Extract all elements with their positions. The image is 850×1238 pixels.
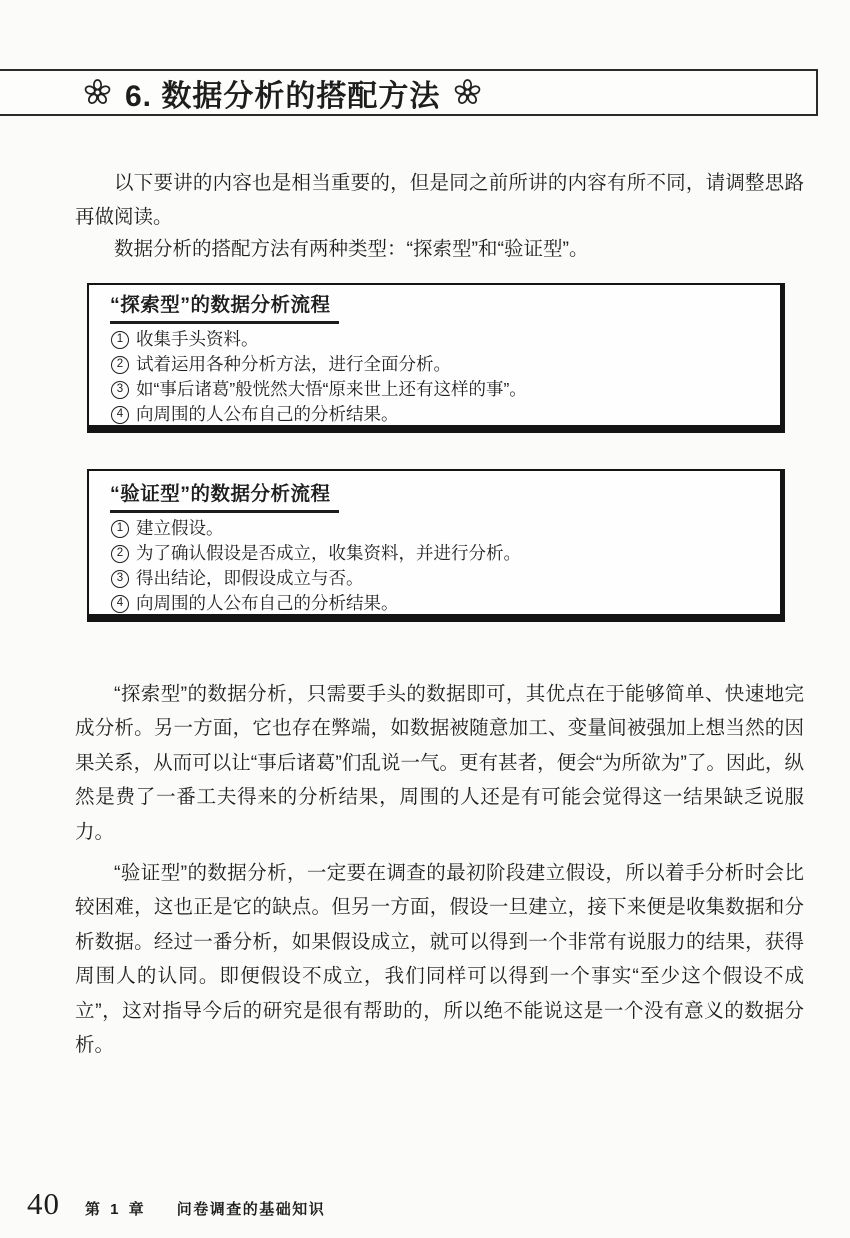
list-item-text: 得出结论，即假设成立与否。 <box>136 566 364 591</box>
list-item-text: 收集手头资料。 <box>136 327 259 352</box>
circled-number-icon: 2 <box>111 356 129 374</box>
list-item: 3 如“事后诸葛”般恍然大悟“原来世上还有这样的事”。 <box>110 377 760 402</box>
chapter-label: 第 1 章 <box>85 1198 147 1219</box>
circled-number-icon: 3 <box>111 570 129 588</box>
circled-number-icon: 4 <box>111 406 129 424</box>
list-item: 1 收集手头资料。 <box>110 327 760 352</box>
page-number: 40 <box>27 1188 60 1219</box>
circled-number-icon: 1 <box>111 331 129 349</box>
box-item-list: 1 建立假设。 2 为了确认假设是否成立，收集资料，并进行分析。 3 得出结论，… <box>110 516 760 616</box>
circled-number-icon: 1 <box>111 520 129 538</box>
book-page: 6. 数据分析的搭配方法 以下要讲的内容也是相当重要的，但是同之前所讲的内容有所… <box>0 0 850 1238</box>
section-heading-band: 6. 数据分析的搭配方法 <box>0 69 818 116</box>
list-item-text: 建立假设。 <box>136 516 224 541</box>
section-title: 6. 数据分析的搭配方法 <box>125 71 440 115</box>
list-item-text: 如“事后诸葛”般恍然大悟“原来世上还有这样的事”。 <box>136 377 527 402</box>
florette-icon <box>84 79 111 106</box>
intro-paragraph-2: 数据分析的搭配方法有两种类型：“探索型”和“验证型”。 <box>75 232 804 267</box>
chapter-title: 问卷调查的基础知识 <box>177 1198 326 1219</box>
circled-number-icon: 4 <box>111 595 129 613</box>
box-verification-flow: “验证型”的数据分析流程 1 建立假设。 2 为了确认假设是否成立，收集资料，并… <box>87 469 785 622</box>
list-item-text: 向周围的人公布自己的分析结果。 <box>136 591 399 616</box>
box-exploratory-flow: “探索型”的数据分析流程 1 收集手头资料。 2 试着运用各种分析方法，进行全面… <box>87 283 785 433</box>
list-item-text: 试着运用各种分析方法，进行全面分析。 <box>136 352 451 377</box>
box-title: “探索型”的数据分析流程 <box>110 293 339 324</box>
list-item: 4 向周围的人公布自己的分析结果。 <box>110 591 760 616</box>
intro-paragraph-1: 以下要讲的内容也是相当重要的，但是同之前所讲的内容有所不同，请调整思路再做阅读。 <box>75 166 804 235</box>
list-item: 4 向周围的人公布自己的分析结果。 <box>110 402 760 427</box>
page-footer: 40 第 1 章 问卷调查的基础知识 <box>27 1188 325 1219</box>
list-item-text: 为了确认假设是否成立，收集资料，并进行分析。 <box>136 541 521 566</box>
box-item-list: 1 收集手头资料。 2 试着运用各种分析方法，进行全面分析。 3 如“事后诸葛”… <box>110 327 760 427</box>
body-paragraph-verification: “验证型”的数据分析，一定要在调查的最初阶段建立假设，所以着手分析时会比较困难，… <box>75 856 804 1063</box>
list-item: 1 建立假设。 <box>110 516 760 541</box>
circled-number-icon: 2 <box>111 545 129 563</box>
body-paragraph-exploratory: “探索型”的数据分析，只需要手头的数据即可，其优点在于能够简单、快速地完成分析。… <box>75 677 804 850</box>
box-title: “验证型”的数据分析流程 <box>110 482 339 513</box>
list-item: 2 试着运用各种分析方法，进行全面分析。 <box>110 352 760 377</box>
circled-number-icon: 3 <box>111 381 129 399</box>
list-item: 2 为了确认假设是否成立，收集资料，并进行分析。 <box>110 541 760 566</box>
list-item: 3 得出结论，即假设成立与否。 <box>110 566 760 591</box>
list-item-text: 向周围的人公布自己的分析结果。 <box>136 402 399 427</box>
florette-icon <box>454 79 481 106</box>
